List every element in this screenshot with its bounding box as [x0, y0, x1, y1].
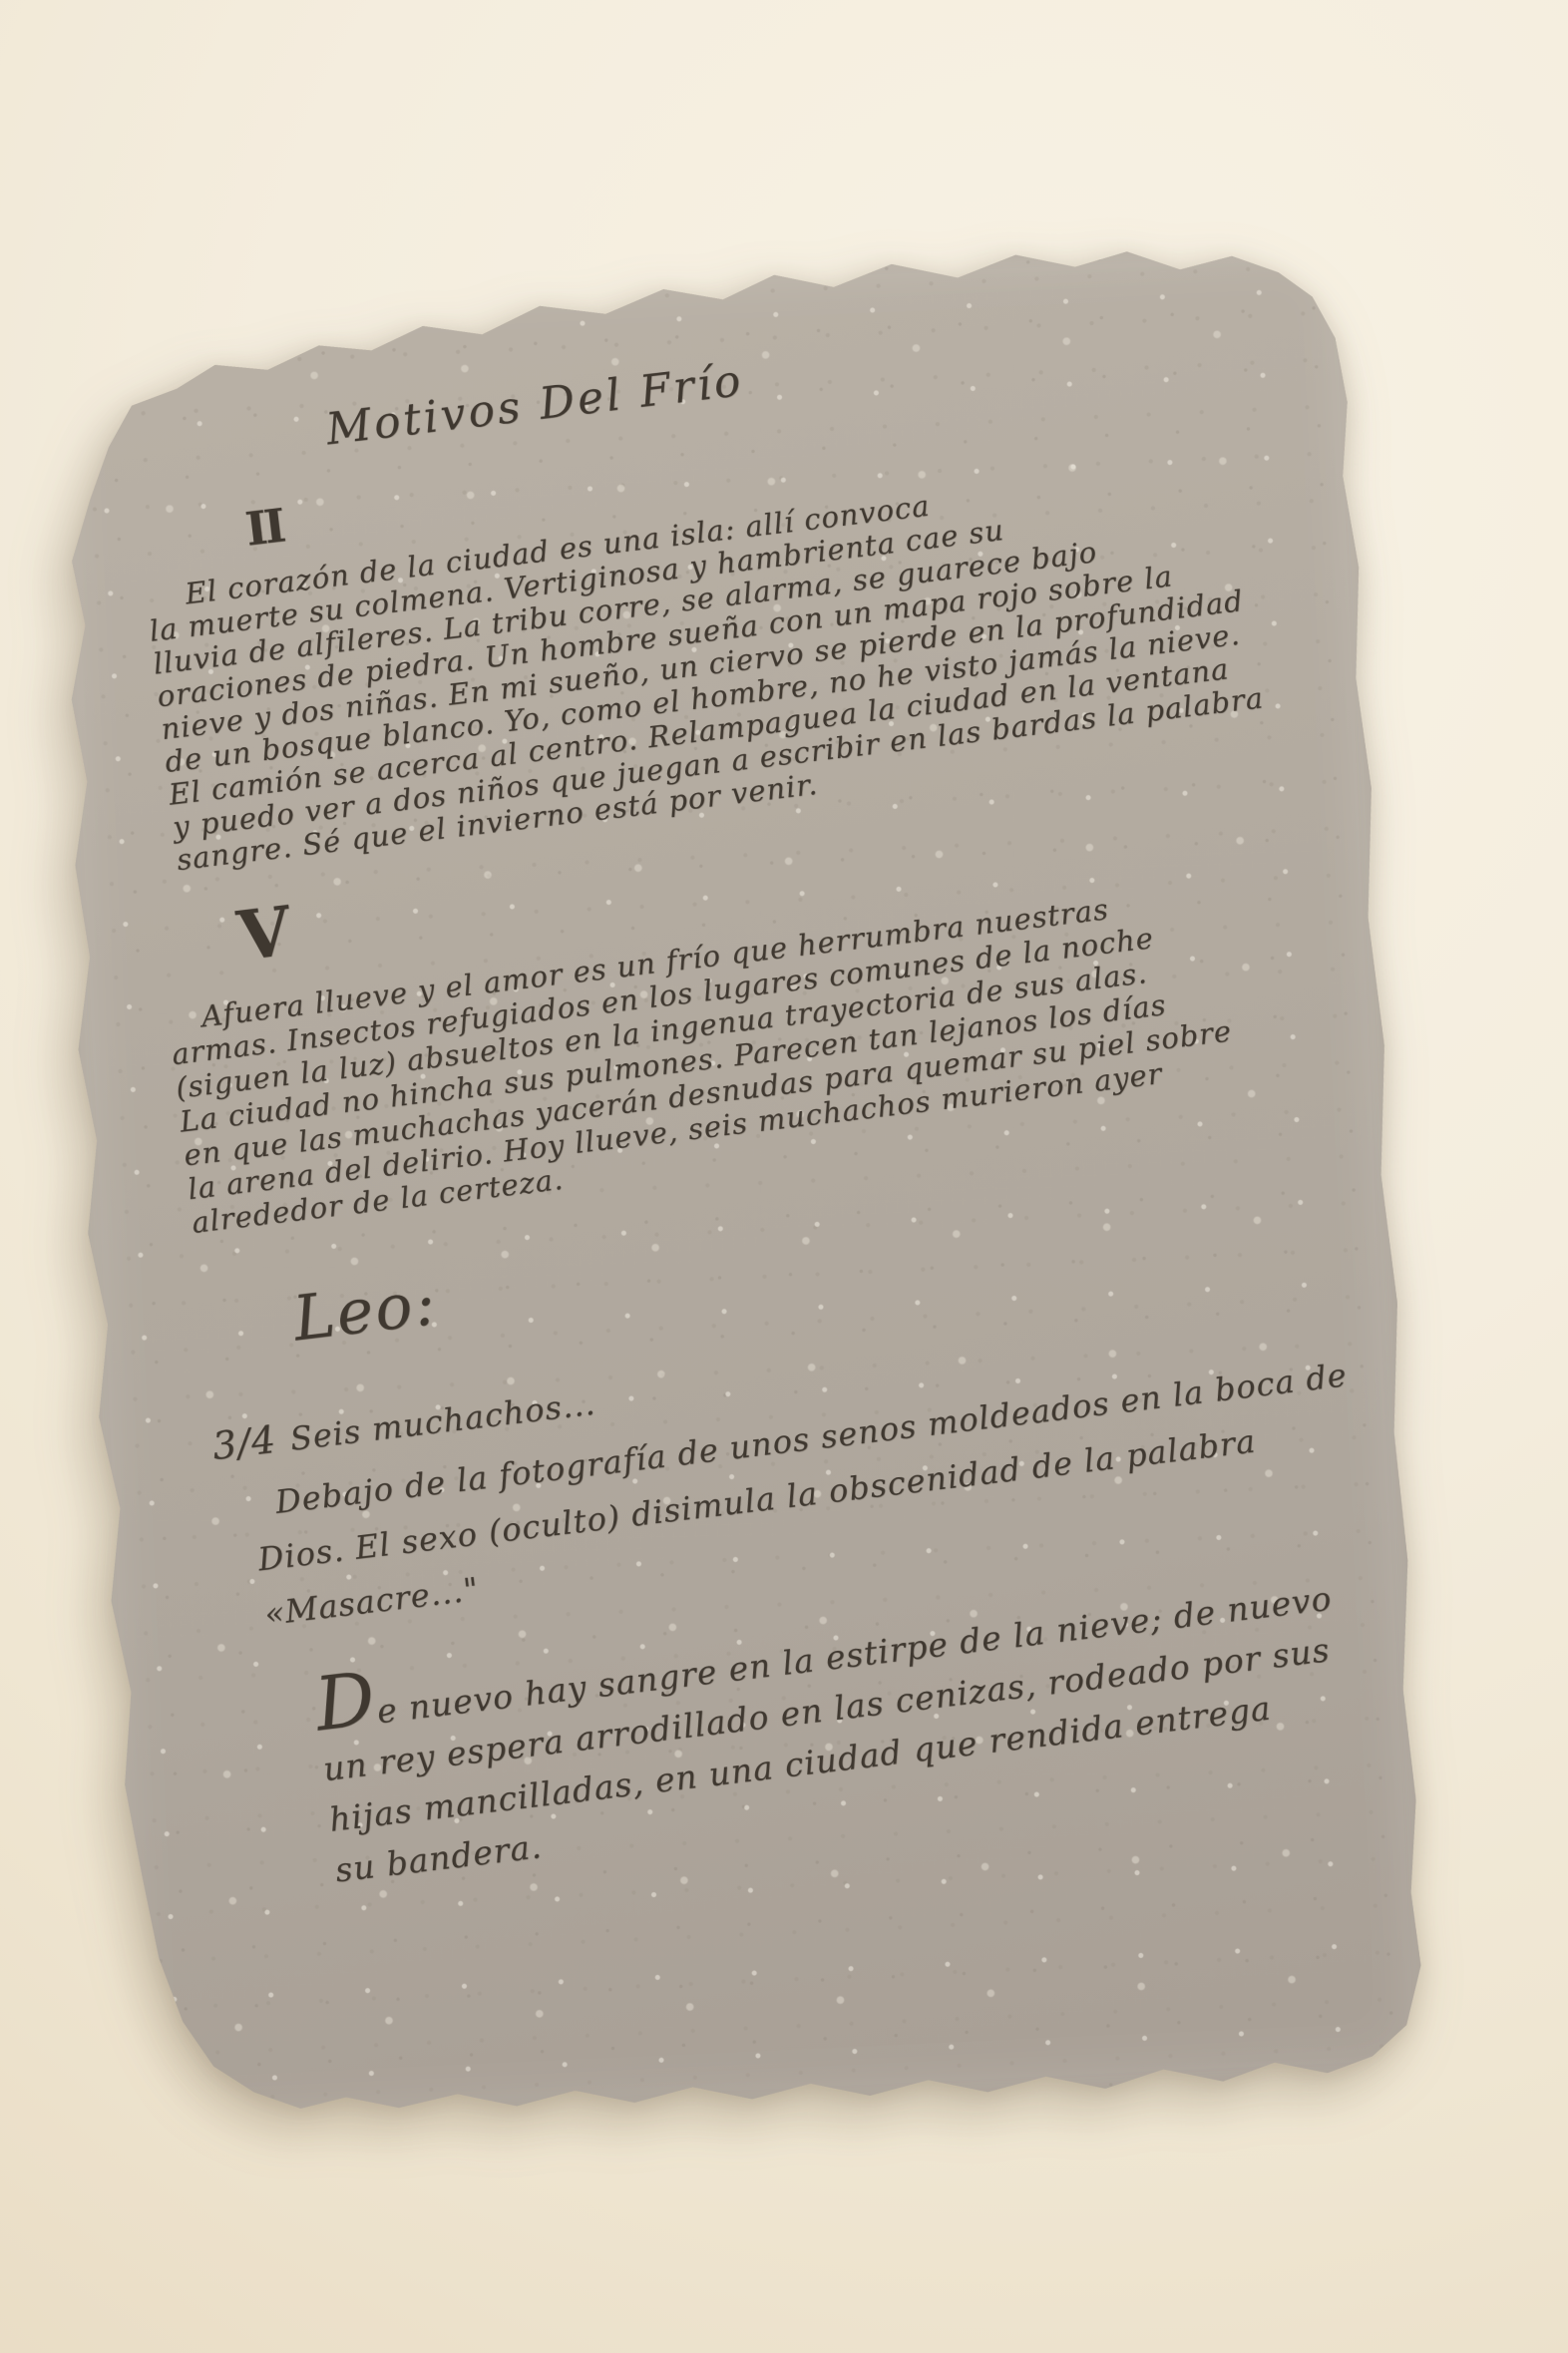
- stanza-ii: El corazón de la ciudad es una isla: all…: [144, 453, 1269, 877]
- manuscript-paper: Motivos Del Frío II El corazón de la ciu…: [42, 236, 1432, 2136]
- section-numeral-v: V: [233, 892, 295, 978]
- photo-background: { "document": { "title": "Motivos Del Fr…: [0, 0, 1568, 2353]
- stanza-v: Afuera llueve y el amor es un frío que h…: [166, 879, 1242, 1240]
- handwritten-content: Motivos Del Frío II El corazón de la ciu…: [13, 161, 1530, 2144]
- leo-label: Leo:: [289, 1266, 441, 1356]
- fraction-prefix: 3/4: [210, 1417, 279, 1468]
- section-numeral-ii: II: [242, 499, 285, 557]
- poem-title: Motivos Del Frío: [323, 355, 746, 455]
- handmade-paper-sheet: Motivos Del Frío II El corazón de la ciu…: [42, 236, 1432, 2136]
